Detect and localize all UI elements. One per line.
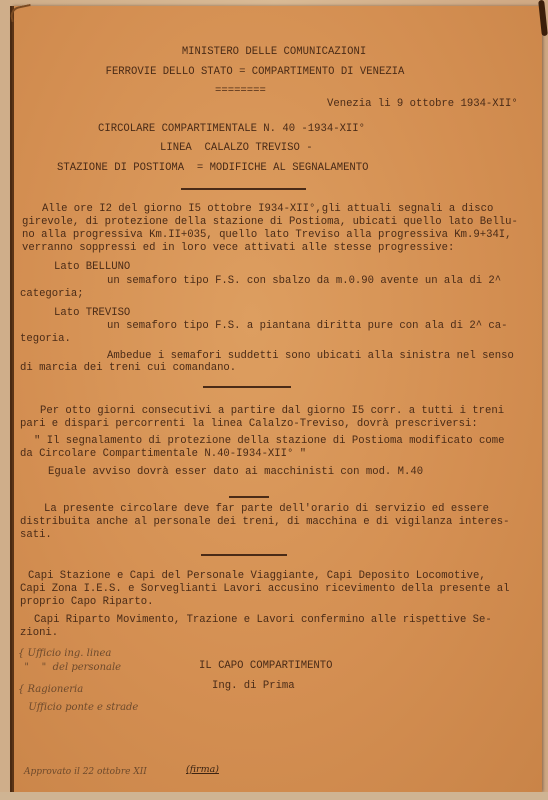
semaphore-note: Ambedue i semafori suddetti sono ubicati… bbox=[107, 350, 514, 362]
ministry-heading: MINISTERO DELLE COMUNICAZIONI bbox=[0, 46, 548, 58]
paragraph-2-line: pari e dispari percorrenti la linea Cala… bbox=[20, 418, 478, 430]
department-heading: FERROVIE DELLO STATO = COMPARTIMENTO DI … bbox=[0, 66, 548, 78]
divider bbox=[229, 496, 269, 498]
signature-name: Ing. di Prima bbox=[212, 680, 295, 692]
place-date: Venezia li 9 ottobre 1934-XII° bbox=[327, 98, 518, 110]
handwritten-approval: Approvato il 22 ottobre XII bbox=[24, 766, 147, 778]
machinist-notice: Eguale avviso dovrà esser dato ai macchi… bbox=[48, 466, 423, 478]
header-separator: ======== bbox=[215, 85, 266, 97]
paragraph-3-line: La presente circolare deve far parte del… bbox=[44, 503, 489, 515]
semaphore-note: di marcia dei treni cui comandano. bbox=[20, 362, 236, 374]
paragraph-2-quote: da Circolare Compartimentale N.40-I934-X… bbox=[20, 448, 306, 460]
handwritten-note: { Ufficio ing. linea bbox=[18, 648, 111, 660]
divider bbox=[203, 386, 291, 388]
paragraph-4-line: Capi Stazione e Capi del Personale Viagg… bbox=[28, 570, 486, 582]
divider bbox=[181, 188, 306, 190]
paragraph-3-line: distribuita anche al personale dei treni… bbox=[20, 516, 510, 528]
side-belluno-label: Lato BELLUNO bbox=[54, 261, 130, 273]
divider bbox=[201, 554, 287, 556]
handwritten-signature: (firma) bbox=[186, 764, 219, 776]
handwritten-note: { Ragioneria bbox=[18, 684, 83, 696]
side-belluno-text: categoria; bbox=[20, 288, 84, 300]
paragraph-1-line: girevole, di protezione della stazione d… bbox=[22, 216, 518, 228]
paragraph-2-quote: " Il segnalamento di protezione della st… bbox=[34, 435, 504, 447]
paragraph-1-line: no alla progressiva Km.II+035, quello la… bbox=[22, 229, 512, 241]
document-page: MINISTERO DELLE COMUNICAZIONI FERROVIE D… bbox=[0, 0, 548, 800]
paragraph-5-line: Capi Riparto Movimento, Trazione e Lavor… bbox=[34, 614, 492, 626]
paragraph-1-line: Alle ore I2 del giorno I5 ottobre I934-X… bbox=[42, 203, 493, 215]
paragraph-2-line: Per otto giorni consecutivi a partire da… bbox=[40, 405, 504, 417]
side-belluno-text: un semaforo tipo F.S. con sbalzo da m.0.… bbox=[107, 275, 501, 287]
circular-number: CIRCOLARE COMPARTIMENTALE N. 40 -1934-XI… bbox=[98, 123, 365, 135]
side-treviso-label: Lato TREVISO bbox=[54, 307, 130, 319]
signature-title: IL CAPO COMPARTIMENTO bbox=[199, 660, 333, 672]
paragraph-5-line: zioni. bbox=[20, 627, 58, 639]
paragraph-1-line: verranno soppressi ed in loro vece attiv… bbox=[22, 242, 454, 254]
handwritten-note: " " del personale bbox=[18, 662, 121, 674]
side-treviso-text: tegoria. bbox=[20, 333, 71, 345]
subject-topic: STAZIONE DI POSTIOMA = MODIFICHE AL SEGN… bbox=[57, 162, 369, 174]
handwritten-note: Ufficio ponte e strade bbox=[22, 702, 138, 714]
paragraph-4-line: proprio Capo Riparto. bbox=[20, 596, 154, 608]
side-treviso-text: un semaforo tipo F.S. a piantana diritta… bbox=[107, 320, 508, 332]
paragraph-3-line: sati. bbox=[20, 529, 52, 541]
railway-line: LINEA CALALZO TREVISO - bbox=[160, 142, 313, 154]
paragraph-4-line: Capi Zona I.E.S. e Sorveglianti Lavori a… bbox=[20, 583, 510, 595]
